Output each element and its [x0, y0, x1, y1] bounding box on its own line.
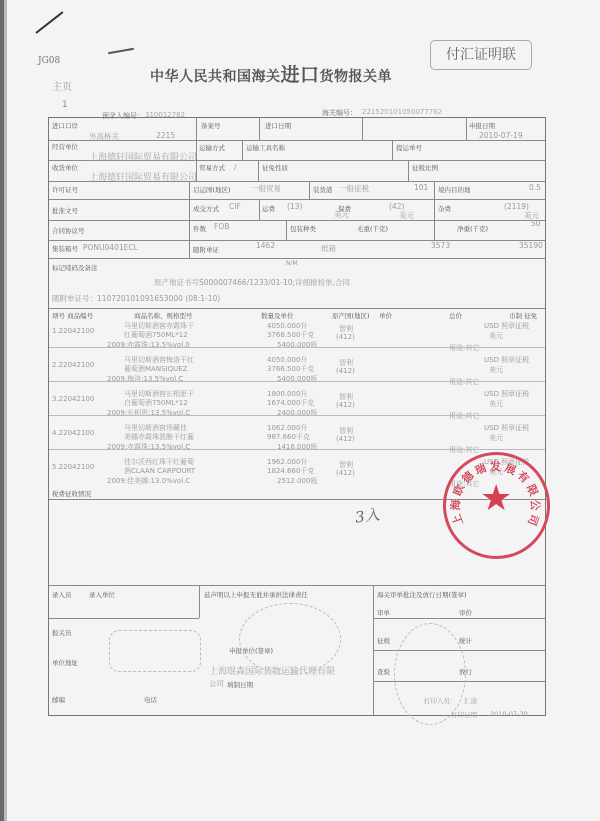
item-spec: 2009:佳美娜:13.0%vol.C	[107, 476, 190, 486]
item-usage: 用途:其它	[449, 377, 479, 387]
loading-port-value: 一般征税	[339, 183, 369, 194]
item-name2: 白葡萄酒750ML*12	[124, 398, 188, 408]
entry-unit-label: 录入单位	[89, 590, 115, 599]
transport-mode-label: 运输方式	[199, 143, 225, 152]
item-no: 4.22042100	[52, 429, 94, 437]
item-usage: 用途:其它	[449, 343, 479, 353]
attached-docs-value: 1462	[256, 241, 275, 250]
print-date-label: 打印日期	[451, 710, 477, 719]
col-qty-unit: 数量及单位	[261, 311, 294, 320]
pen-mark	[35, 11, 63, 34]
import-port-value: 外高桥关	[89, 131, 119, 142]
customs-approval-label: 海关审单批注及放行日期(签章)	[377, 590, 467, 599]
col-origin: 原产国(地区)	[332, 311, 370, 320]
item-qty2: 987.660千克	[267, 432, 310, 442]
maker-value: 纸箱	[321, 243, 336, 254]
item-origin-code: (412)	[336, 333, 355, 341]
form-code: JG08	[38, 56, 60, 66]
item-qty3: 5400.000瓶	[277, 374, 317, 384]
trade-mode-label: 贸易方式	[199, 163, 225, 172]
declare-date-value: 2010-07-19	[479, 131, 523, 140]
destination-value: 0.5	[529, 183, 541, 192]
item-qty2: 1674.000千克	[267, 398, 314, 408]
pieces-label: 件数	[193, 224, 206, 233]
item-name2: 酒CLAAN CARPOURT	[124, 466, 195, 476]
freight-label: 运费	[262, 204, 275, 213]
loading-port-code: 101	[414, 183, 428, 192]
receiving-unit-label: 收货单位	[52, 163, 78, 172]
transport-name-label: 运输工具名称	[246, 143, 285, 152]
customs-no: 221520101050077762	[362, 108, 442, 116]
net-weight-label: 净重(千克)	[457, 224, 488, 233]
print-date: 2010-07-30	[490, 710, 528, 718]
entry-clerk-label: 录入员	[52, 590, 72, 599]
item-currency: USD 照章征税	[484, 355, 529, 365]
item-name2: 葡萄酒MANSIQUEZ	[124, 364, 187, 374]
review-label: 审单	[377, 608, 390, 617]
item-name2: 美娜赤霞珠混酿干红葡	[124, 432, 194, 442]
gross-weight-label: 毛重(千克)	[357, 224, 388, 233]
item-spec: 2009:赤霞珠:13.5%vol.0	[107, 340, 190, 350]
declaration-form: 进口口岸 外高桥关 2215 备案号 进口日期 申报日期 2010-07-19 …	[48, 117, 546, 716]
table-row: 1.22042100马里切斯酒窖赤霞珠干红葡萄酒750ML*122009:赤霞珠…	[49, 321, 545, 355]
postcode-label: 邮编	[52, 695, 65, 704]
item-qty3: 5400.000瓶	[277, 340, 317, 350]
loading-port-label: 装货港	[313, 185, 333, 194]
tax-label: 税费征收情况	[52, 489, 91, 498]
table-row: 3.22042100马里切斯酒窖长相思干白葡萄酒750ML*122009:长相思…	[49, 389, 545, 423]
import-port-label: 进口口岸	[52, 121, 78, 130]
title-emphasis: 进口	[281, 64, 320, 86]
import-port-code: 2215	[156, 131, 175, 140]
origin-country-label: 启运国(地区)	[193, 185, 231, 194]
table-row: 2.22042100马里切斯酒窖梅洛干红葡萄酒MANSIQUEZ2009:梅洛:…	[49, 355, 545, 389]
statistics-label: 统计	[459, 636, 472, 645]
col-unit-price: 单价	[379, 311, 392, 320]
insurance-currency: 美元	[399, 210, 414, 221]
levy-label: 征税	[377, 636, 390, 645]
pen-mark	[108, 48, 134, 54]
insurance-label: 保费	[338, 204, 351, 213]
item-origin-code: (412)	[336, 435, 355, 443]
item-no: 5.22042100	[52, 463, 94, 471]
attached-docs-label: 随附单证	[193, 245, 219, 254]
faded-stamp	[109, 630, 201, 672]
declare-unit-name2: 公司	[209, 678, 224, 689]
container-no-label: 集装箱号	[52, 244, 78, 253]
maker-code: 3573	[431, 241, 450, 250]
item-origin-code: (412)	[336, 469, 355, 477]
unit-address-label: 单位地址	[52, 658, 78, 667]
item-usage: 用途:其它	[449, 411, 479, 421]
item-no: 2.22042100	[52, 361, 94, 369]
declaration-statement: 兹声明以上申报无讹并承担法律责任	[204, 590, 308, 599]
license-no-label: 许可证号	[52, 185, 78, 194]
page-number: 1	[62, 100, 68, 110]
item-currency: USD 照章征税	[484, 321, 529, 331]
net-weight-value: 50	[531, 219, 541, 228]
declarant-label: 报关员	[52, 628, 72, 637]
item-qty2: 1824.660千克	[267, 466, 314, 476]
declare-date-label: 申报日期	[469, 121, 495, 130]
levy-nature-label: 征免性质	[262, 163, 288, 172]
item-origin-code: (412)	[336, 401, 355, 409]
import-date-label: 进口日期	[265, 121, 291, 130]
item-qty3: 1416.000瓶	[277, 442, 317, 452]
copy-label: 主页	[52, 78, 72, 93]
item-currency: USD 照章征税	[484, 423, 529, 433]
company-seal: ★ 上海欧德瑞发展有限公司	[443, 452, 550, 559]
item-spec: 2009:长相思:13.5%vol.C	[107, 408, 190, 418]
deal-mode-value: CIF	[229, 202, 241, 211]
packing-label: 包装种类	[290, 224, 316, 233]
business-unit-value: 上海德轩国际贸易有限公司	[89, 150, 197, 163]
seal-text: 上海欧德瑞发展有限公司	[442, 451, 549, 558]
fill-date-label: 填制日期	[227, 680, 253, 689]
item-currency: USD 照章征税	[484, 389, 529, 399]
print-person: 汇通	[464, 696, 477, 705]
item-qty2: 3766.500千克	[267, 330, 314, 340]
certificate-label: 付汇证明联	[430, 40, 532, 70]
business-unit-label: 经营单位	[52, 142, 78, 151]
handwritten-note: 3入	[354, 503, 381, 527]
marks-label: 标记唛码及备注	[52, 263, 98, 272]
destination-label: 境内目的地	[438, 185, 471, 194]
item-qty2: 3766.500千克	[267, 364, 314, 374]
misc-fee-label: 杂费	[438, 204, 451, 213]
item-currency2: 美元	[489, 399, 503, 409]
faded-seal	[239, 603, 341, 675]
phone-label: 电话	[144, 695, 157, 704]
title-suffix: 货物报关单	[320, 69, 393, 85]
marks-line1: 原产地证书号S000007466/1233/01-10;详细报检单,合同	[154, 277, 350, 288]
item-origin-code: (412)	[336, 367, 355, 375]
receiving-unit-value: 上海德轩国际贸易有限公司	[89, 170, 197, 183]
bill-no-label: 提运单号	[396, 143, 422, 152]
origin-country-value: 一般贸易	[251, 183, 281, 194]
title-prefix: 中华人民共和国海关	[150, 69, 281, 85]
record-no-label: 备案号	[201, 121, 221, 130]
scan-edge-shadow	[4, 0, 7, 821]
item-spec: 2009:梅洛:13.5%vol.C	[107, 374, 183, 384]
item-spec: 2009:赤霞珠:13.5%vol.C	[107, 442, 190, 452]
levy-ratio-label: 征税比例	[412, 163, 438, 172]
col-total-price: 总价	[449, 311, 462, 320]
inspect-label: 查验	[377, 667, 390, 676]
freight-value: (13)	[287, 202, 302, 211]
item-name2: 红葡萄酒750ML*12	[124, 330, 188, 340]
col-currency-levy: 币制 征免	[509, 311, 537, 320]
item-no: 1.22042100	[52, 327, 94, 335]
marks-line2: 随附单证号：110720101091653000 (08:1-10)	[52, 293, 220, 304]
col-name: 商品名称、规格型号	[134, 311, 193, 320]
pieces-value: FOB	[214, 222, 229, 231]
net-total-value: 35190	[519, 241, 543, 250]
item-no: 3.22042100	[52, 395, 94, 403]
item-currency2: 美元	[489, 365, 503, 375]
item-currency2: 美元	[489, 433, 503, 443]
document-title: 中华人民共和国海关进口货物报关单	[150, 60, 392, 87]
trade-mode-value: /	[234, 163, 237, 172]
item-qty3: 2512.000瓶	[277, 476, 317, 486]
col-no-code: 项号 商品编号	[52, 311, 93, 320]
approval-no-label: 批准文号	[52, 206, 78, 215]
container-no-value: PONU0401ECL	[83, 243, 138, 252]
deal-mode-label: 成交方式	[193, 204, 219, 213]
contract-no-label: 合同协议号	[52, 226, 85, 235]
item-qty3: 2400.000瓶	[277, 408, 317, 418]
item-currency2: 美元	[489, 331, 503, 341]
pricing-label: 审价	[459, 608, 472, 617]
marks-line0: N/M	[286, 260, 298, 267]
